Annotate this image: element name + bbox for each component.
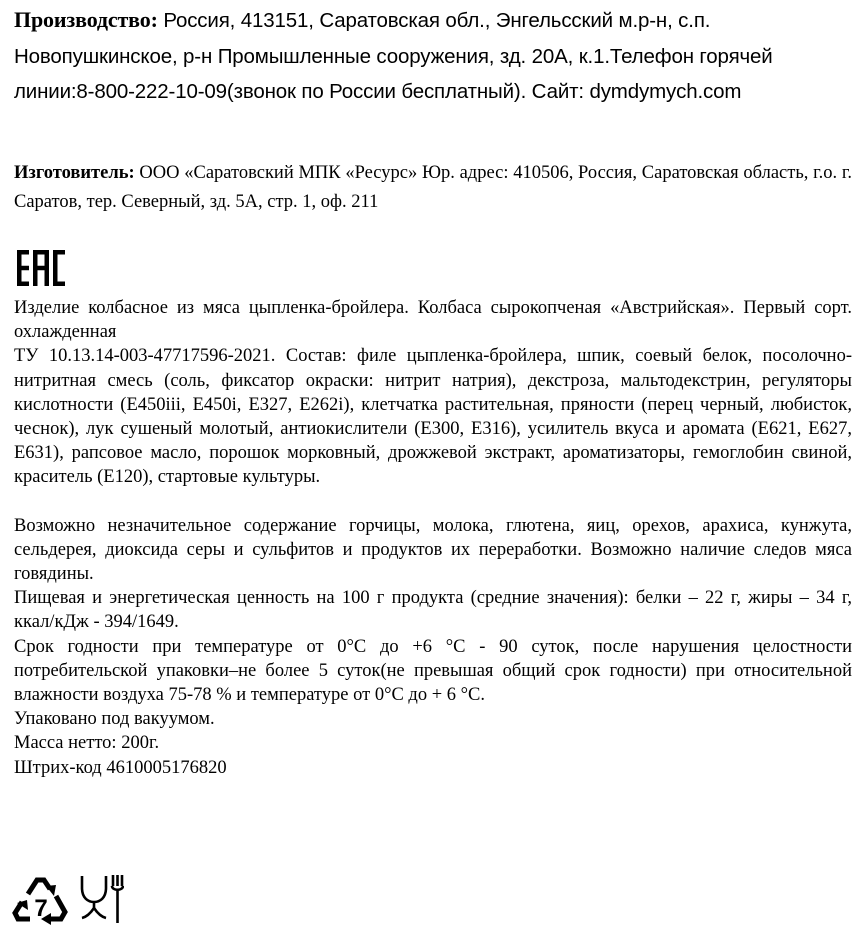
- product-description: Изделие колбасное из мяса цыпленка-бройл…: [14, 296, 852, 780]
- packaging-info: Упаковано под вакуумом.: [14, 707, 852, 731]
- production-label: Производство:: [14, 7, 158, 32]
- nutrition-info: Пищевая и энергетическая ценность на 100…: [14, 586, 852, 634]
- shelf-life-info: Срок годности при температуре от 0°С до …: [14, 635, 852, 708]
- packaging-symbols: 7: [10, 872, 124, 933]
- net-weight: Масса нетто: 200г.: [14, 731, 852, 755]
- eac-mark-icon: [17, 250, 65, 286]
- manufacturer-text: ООО «Саратовский МПК «Ресурс» Юр. адрес:…: [14, 163, 852, 212]
- paragraph-spacer: [14, 490, 852, 514]
- product-composition: ТУ 10.13.14-003-47717596-2021. Состав: ф…: [14, 344, 852, 489]
- manufacturer-label: Изготовитель:: [14, 163, 135, 183]
- manufacturer-info: Изготовитель: ООО «Саратовский МПК «Ресу…: [14, 159, 852, 217]
- product-name: Изделие колбасное из мяса цыпленка-бройл…: [14, 296, 852, 344]
- allergen-info: Возможно незначительное содержание горчи…: [14, 514, 852, 587]
- recycling-7-icon: 7: [10, 872, 72, 933]
- svg-text:7: 7: [34, 895, 47, 922]
- food-safe-glass-fork-icon: [80, 872, 124, 929]
- barcode-number: Штрих-код 4610005176820: [14, 756, 852, 780]
- production-info: Производство: Россия, 413151, Саратовска…: [14, 2, 852, 110]
